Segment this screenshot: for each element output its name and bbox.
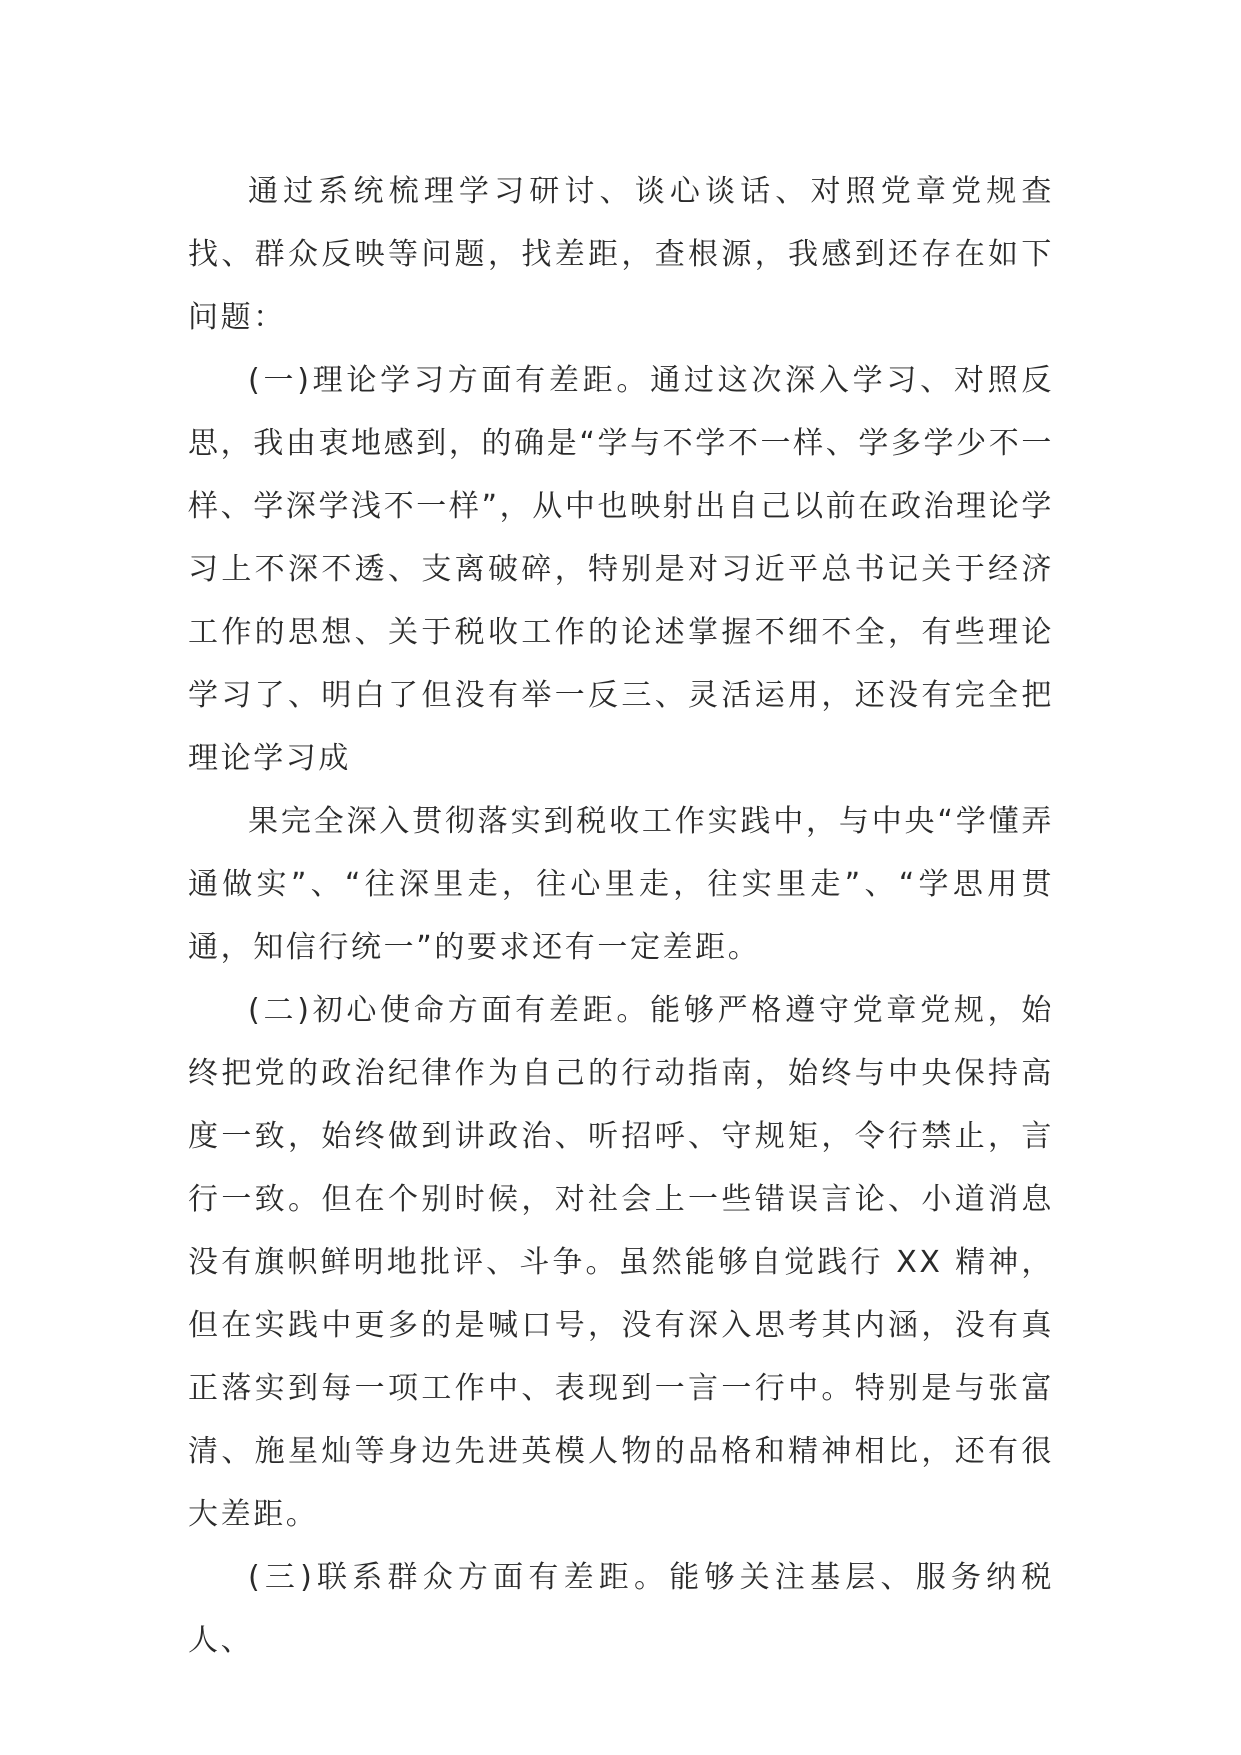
paragraph-intro: 通过系统梳理学习研讨、谈心谈话、对照党章党规查找、群众反映等问题，找差距，查根源… [188, 160, 1054, 349]
paragraph-theory-study-continued: 果完全深入贯彻落实到税收工作实践中，与中央“学懂弄通做实”、“往深里走，往心里走… [188, 790, 1054, 979]
paragraph-theory-study: (一)理论学习方面有差距。通过这次深入学习、对照反思，我由衷地感到，的确是“学与… [188, 349, 1054, 790]
paragraph-contact-masses: (三)联系群众方面有差距。能够关注基层、服务纳税人、 [188, 1546, 1054, 1672]
paragraph-original-mission: (二)初心使命方面有差距。能够严格遵守党章党规，始终把党的政治纪律作为自己的行动… [188, 979, 1054, 1546]
document-page: 通过系统梳理学习研讨、谈心谈话、对照党章党规查找、群众反映等问题，找差距，查根源… [0, 0, 1241, 1755]
document-body: 通过系统梳理学习研讨、谈心谈话、对照党章党规查找、群众反映等问题，找差距，查根源… [188, 160, 1054, 1672]
